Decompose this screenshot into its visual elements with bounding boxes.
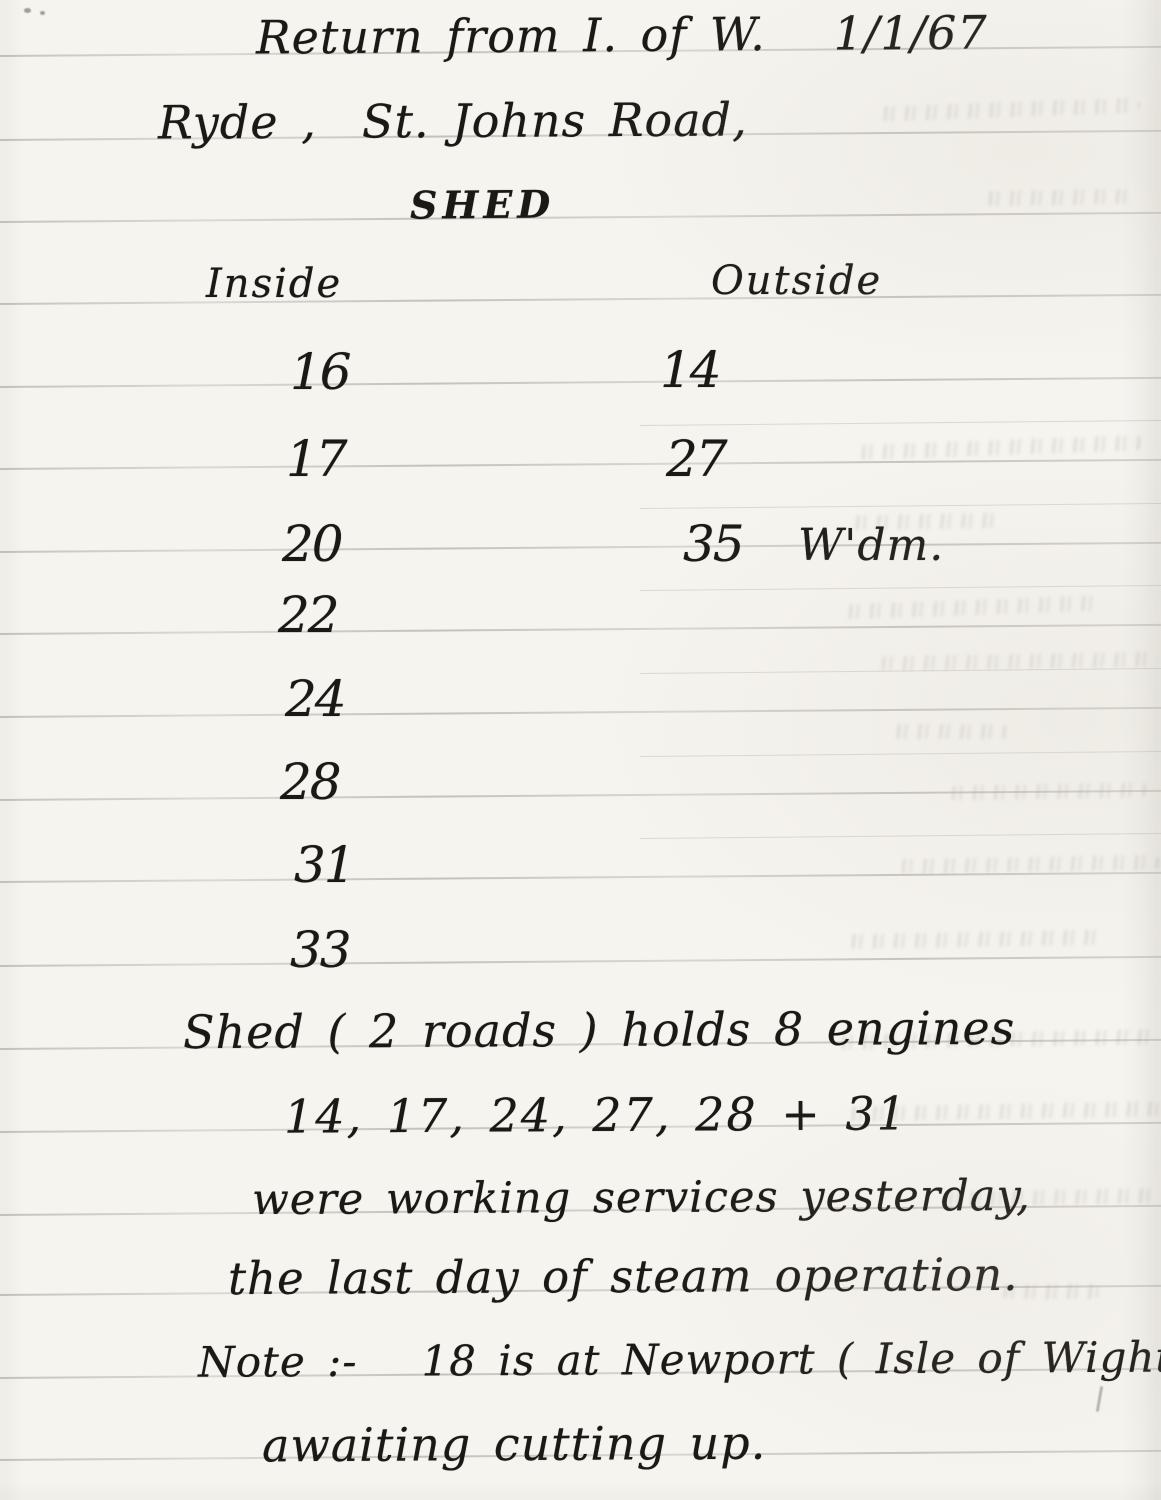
showthrough-ruled-line: [640, 833, 1161, 839]
ruled-line: [0, 377, 1161, 388]
inside-number: 24: [285, 674, 345, 724]
location-line: Ryde , St. Johns Road,: [158, 96, 748, 145]
ghost-showthrough-mark: [893, 724, 1008, 739]
showthrough-ruled-line: [640, 420, 1161, 426]
ruled-line: [0, 294, 1161, 305]
title-line: Return from I. of W. 1/1/67: [256, 9, 988, 60]
ghost-showthrough-mark: [985, 189, 1135, 207]
outside-number: 14: [660, 345, 720, 395]
inside-number: 16: [290, 347, 350, 397]
ruled-line: [0, 212, 1161, 223]
stray-pencil-mark: [1096, 1386, 1103, 1412]
outside-number: 35: [683, 519, 743, 569]
outside-column-header: Outside: [711, 261, 882, 301]
paper-speck: [24, 8, 31, 13]
paper-speck: [40, 11, 45, 15]
note-line: Note :- 18 is at Newport ( Isle of Wight…: [198, 1336, 1161, 1383]
ghost-showthrough-mark: [948, 782, 1148, 800]
ghost-showthrough-mark: [880, 97, 1140, 121]
showthrough-ruled-line: [640, 751, 1161, 757]
inside-column-header: Inside: [206, 264, 342, 304]
ruled-line: [0, 872, 1161, 883]
notebook-page: Return from I. of W. 1/1/67 Ryde , St. J…: [0, 0, 1161, 1500]
withdrawn-annotation: W'dm.: [798, 524, 944, 568]
ghost-showthrough-mark: [845, 596, 1100, 620]
shed-heading: SHED: [410, 185, 556, 224]
ruled-line: [0, 956, 1161, 967]
inside-number: 20: [282, 519, 342, 569]
ruled-line: [0, 459, 1161, 470]
note-line: Shed ( 2 roads ) holds 8 engines: [183, 1005, 1016, 1055]
inside-number: 17: [286, 434, 346, 484]
inside-number: 28: [280, 757, 340, 807]
ruled-line: [0, 707, 1161, 718]
ghost-showthrough-mark: [848, 930, 1103, 949]
note-line: awaiting cutting up.: [262, 1420, 767, 1469]
showthrough-ruled-line: [640, 585, 1161, 591]
inside-number: 33: [290, 925, 350, 975]
showthrough-ruled-line: [640, 503, 1161, 509]
inside-number: 31: [294, 840, 354, 890]
note-line: the last day of steam operation.: [228, 1252, 1019, 1301]
ruled-line: [0, 542, 1161, 553]
outside-number: 27: [666, 434, 726, 484]
ruled-line: [0, 624, 1161, 635]
note-line: 14, 17, 24, 27, 28 + 31: [284, 1090, 908, 1139]
ghost-showthrough-mark: [858, 435, 1143, 460]
inside-number: 22: [278, 590, 338, 640]
note-line: were working services yesterday,: [252, 1175, 1031, 1222]
